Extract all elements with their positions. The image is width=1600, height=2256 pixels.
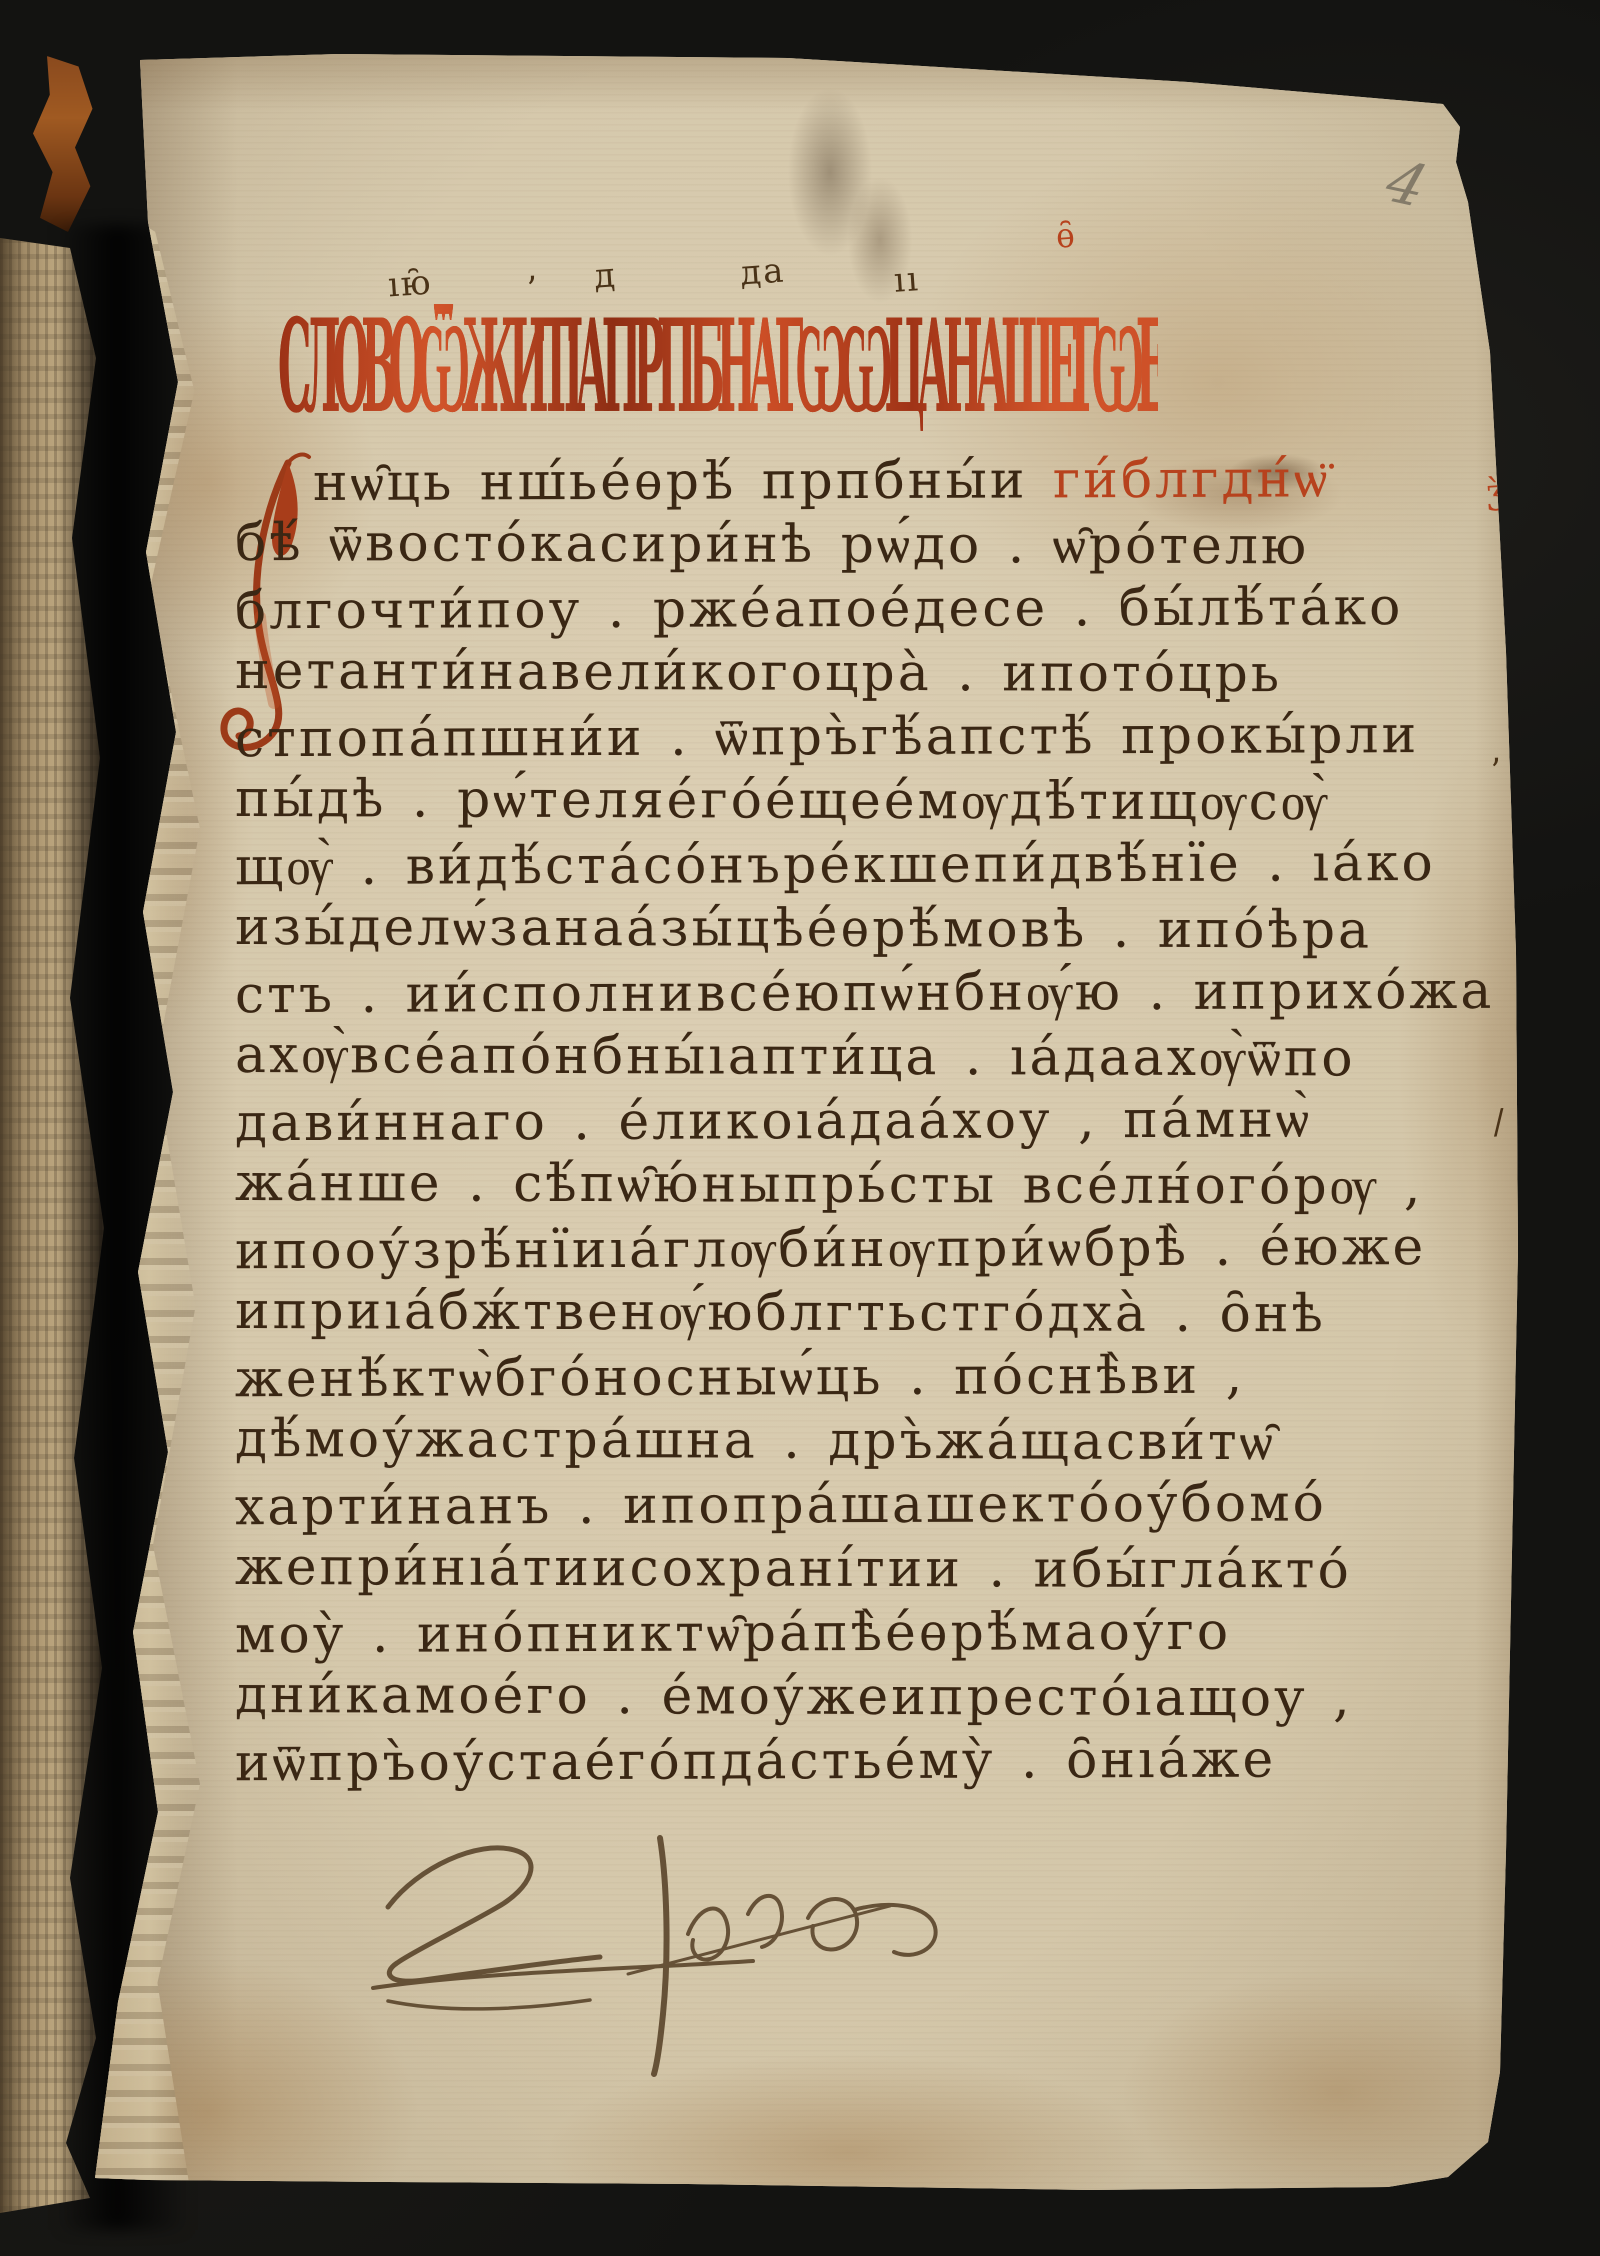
text-line: изы́делѡ́занаа́зы́цѣе́ѳрѣ́мовѣ . ипо́ѣра [235, 896, 1525, 964]
text-line: стъ . ии́сполнивсе́юпѡ́нбнѹ́ю . иприхо́ж… [235, 960, 1525, 1029]
text-line: иѿпръ̀оу́стае́го́пда́стье́му̀ . о̑нıа́же [235, 1728, 1525, 1797]
text-line: блгочти́поу . рже́апое́десе . бы́лѣ́та́к… [235, 576, 1525, 645]
ink-text: блгочти́поу . рже́апое́десе . бы́лѣ́та́к… [235, 577, 1404, 641]
ink-text: дѣ́моу́жастра́шна . дръ̀жа́щасви́тѡ̑ [235, 1409, 1276, 1472]
ink-text: стпопа́пшни́и . ѿпръ̀гѣ́апстѣ́ прокы́рли [235, 705, 1419, 769]
ink-text: щѹ̀ . ви́дѣ́ста́со́нъре́кшепи́двѣ́нїе . … [235, 833, 1436, 897]
ink-text: дни́камое́го . е́моу́жеипресто́ıащоу , [235, 1665, 1353, 1729]
text-line: дави́ннаго . е́ликоıа́даа́хоу , па́мнѡ̀ [235, 1088, 1525, 1157]
text-line: щѹ̀ . ви́дѣ́ста́со́нъре́кшепи́двѣ́нїе . … [235, 832, 1525, 901]
manuscript-page: 4 ıю̑ʼддаııѳ̑ʒ̀ʼ∕ СЛОВОѾЖИТІАПРПБНАГѠѠЦА… [88, 52, 1535, 2194]
text-line: жепри́нıа́тиисохрані́тии . ибы́гла́кто́ [235, 1536, 1525, 1604]
photo-background: 4 ıю̑ʼддаııѳ̑ʒ̀ʼ∕ СЛОВОѾЖИТІАПРПБНАГѠѠЦА… [0, 0, 1600, 2256]
text-line: моу̀ . ино́пниктѡ̑ра́пѣ̀е́ѳрѣ́маоу́го [235, 1600, 1525, 1669]
ink-text: нѡ̑ць нш́ье́ѳрѣ́ прпбны́и [313, 450, 1053, 513]
text-line: дни́камое́го . е́моу́жеипресто́ıащоу , [235, 1664, 1525, 1732]
ink-text: харти́нанъ . ипопра́шашекто́оу́бомо́ [235, 1473, 1327, 1537]
ink-text: нетанти́навели́когоцра̀ . ипото́црь [235, 641, 1282, 704]
text-line: нетанти́навели́когоцра̀ . ипото́црь [235, 640, 1525, 708]
text-line: иприıа́бж́твенѹ́юблгтьстго́дха̀ . о̑нѣ [235, 1280, 1525, 1348]
ink-text: жепри́нıа́тиисохрані́тии . ибы́гла́кто́ [235, 1537, 1352, 1601]
text-line: ипооу́зрѣ́нїиıа́глѹби́нѹпри́ѡбрѣ̀ . е́юж… [235, 1216, 1525, 1285]
ink-text: дави́ннаго . е́ликоıа́даа́хоу , па́мнѡ̀ [235, 1089, 1312, 1153]
ink-text: иѿпръ̀оу́стае́го́пда́стье́му̀ . о̑нıа́же [235, 1730, 1276, 1794]
rubric-text: ги́блгдн́ѡ̈ [1053, 449, 1330, 510]
text-line: женѣ́ктѡ̀бго́носныѡ́ць . по́снѣ̀ви , [235, 1344, 1525, 1413]
ink-text: изы́делѡ́занаа́зы́цѣе́ѳрѣ́мовѣ . ипо́ѣра [235, 897, 1372, 961]
scribal-mark: ѳ̑ [1055, 215, 1079, 256]
text-line: нѡ̑ць нш́ье́ѳрѣ́ прпбны́и ги́блгдн́ѡ̈ [235, 448, 1525, 517]
text-line: пы́дѣ . рѡ́теляе́го́е́щее́мѹдѣ́тищѹсѹ̀ [235, 768, 1525, 836]
ink-text: иприıа́бж́твенѹ́юблгтьстго́дха̀ . о̑нѣ [235, 1281, 1326, 1344]
ink-text: ахѹ̀все́апо́нбны́ıапти́ца . ıа́даахѹ̀ѿпо [235, 1025, 1356, 1089]
scribal-mark: д [593, 255, 619, 297]
ink-text: стъ . ии́сполнивсе́юпѡ́нбнѹ́ю . иприхо́ж… [235, 961, 1495, 1025]
text-line: ахѹ̀все́апо́нбны́ıапти́ца . ıа́даахѹ̀ѿпо [235, 1024, 1525, 1092]
text-line: жа́нше . сѣ́пѡ̑ю́ныпрь́сты все́лн́ого́рѹ… [235, 1152, 1525, 1220]
body-text: нѡ̑ць нш́ье́ѳрѣ́ прпбны́и ги́блгдн́ѡ̈бѣ́… [235, 450, 1525, 1794]
ink-text: бѣ́ ѿвосто́касири́нѣ рѡ́до . ѡ̑ро́телю [235, 513, 1309, 576]
folio-number: 4 [1378, 148, 1435, 221]
text-line: бѣ́ ѿвосто́касири́нѣ рѡ́до . ѡ̑ро́телю [235, 512, 1525, 580]
ink-text: ипооу́зрѣ́нїиıа́глѹби́нѹпри́ѡбрѣ̀ . е́юж… [235, 1217, 1426, 1281]
scribal-mark: да [739, 250, 787, 293]
ownership-signature [328, 1812, 1048, 2112]
ink-text: пы́дѣ . рѡ́теляе́го́е́щее́мѹдѣ́тищѹсѹ̀ [235, 769, 1330, 832]
ink-text: жа́нше . сѣ́пѡ̑ю́ныпрь́сты все́лн́ого́рѹ… [235, 1153, 1424, 1217]
ink-text: женѣ́ктѡ̀бго́носныѡ́ць . по́снѣ̀ви , [235, 1346, 1245, 1410]
ink-text: моу̀ . ино́пниктѡ̑ра́пѣ̀е́ѳрѣ́маоу́го [235, 1602, 1231, 1665]
spine-leather-fragment [26, 56, 96, 232]
text-line: дѣ́моу́жастра́шна . дръ̀жа́щасви́тѡ̑ [235, 1408, 1525, 1476]
text-line: харти́нанъ . ипопра́шашекто́оу́бомо́ [235, 1472, 1525, 1541]
text-line: стпопа́пшни́и . ѿпръ̀гѣ́апстѣ́ прокы́рли [235, 704, 1525, 773]
